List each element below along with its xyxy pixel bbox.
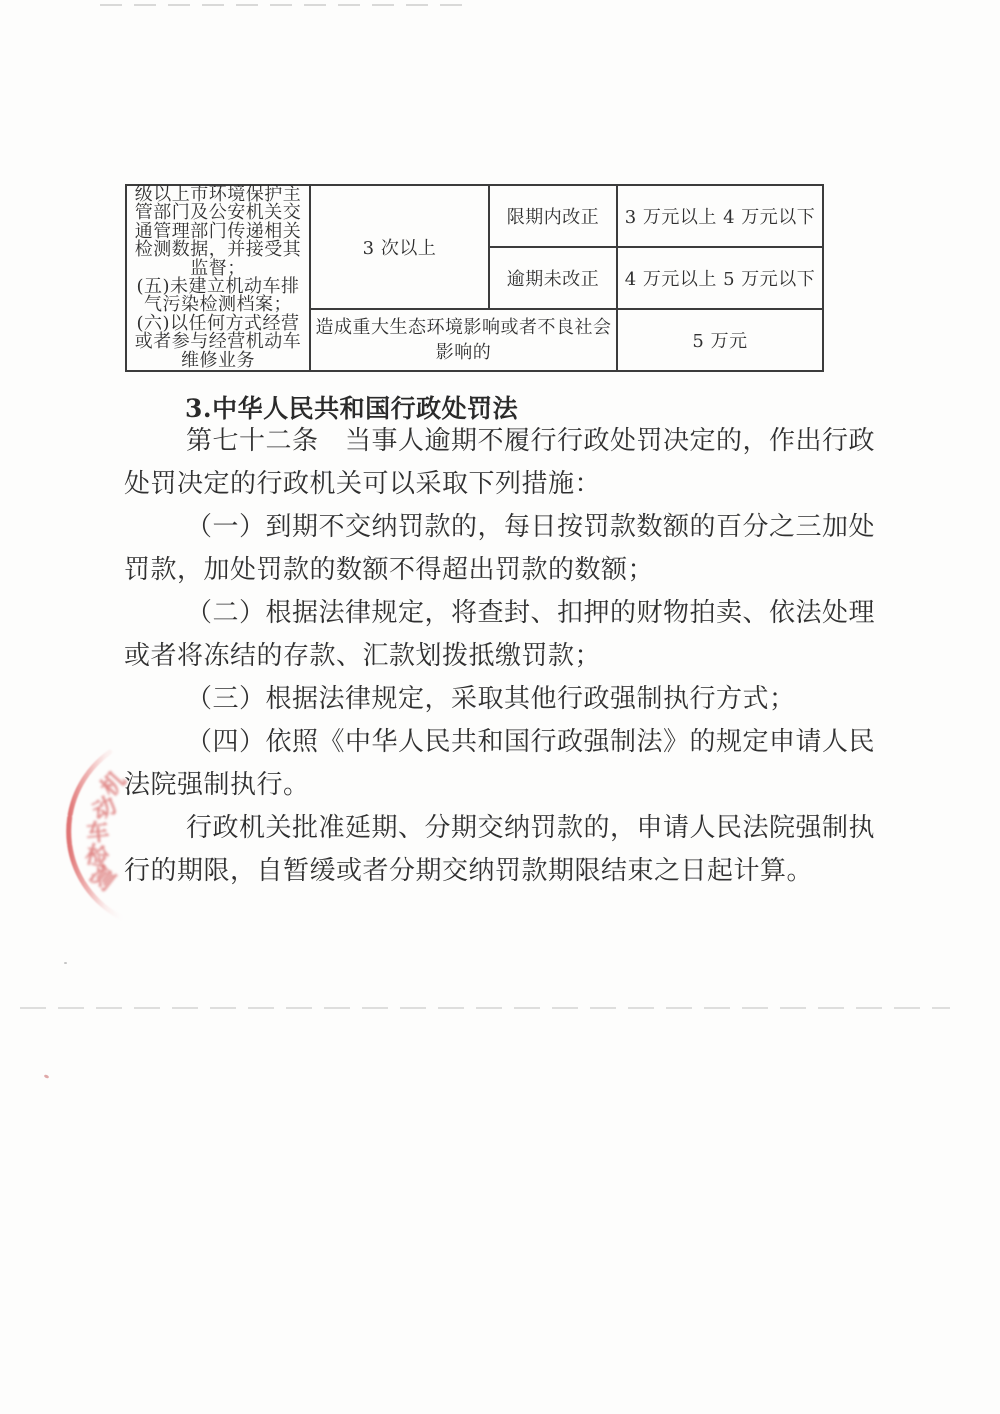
body-line: 罚款，加处罚款的数额不得超出罚款的数额；: [124, 549, 890, 592]
violations-cell: 级以上市环境保护主 管部门及公安机关交 通管理部门传递相关 检测数据，并接受其 …: [126, 185, 310, 371]
penalty-table: 级以上市环境保护主 管部门及公安机关交 通管理部门传递相关 检测数据，并接受其 …: [125, 184, 824, 372]
scan-speck: [64, 962, 67, 964]
fine-amount-cell: 3 万元以上 4 万元以下: [617, 185, 823, 247]
fine-amount-cell: 4 万元以上 5 万元以下: [617, 247, 823, 308]
violation-count-cell: 3 次以上: [310, 185, 489, 309]
body-line: 处罚决定的行政机关可以采取下列措施：: [124, 463, 890, 506]
condition-cell: 逾期未改正: [489, 247, 617, 308]
scan-artifact-line-top: [100, 4, 465, 6]
body-text: 第七十二条 当事人逾期不履行行政处罚决定的，作出行政 处罚决定的行政机关可以采取…: [124, 420, 890, 893]
fine-amount-cell: 5 万元: [617, 309, 823, 371]
body-line: 行政机关批准延期、分期交纳罚款的，申请人民法院强制执: [124, 807, 890, 850]
scan-artifact-line-bottom: [20, 1007, 950, 1009]
body-line: （二）根据法律规定，将查封、扣押的财物拍卖、依法处理: [124, 592, 890, 635]
body-line: 法院强制执行。: [124, 764, 890, 807]
scan-speck: [44, 1074, 50, 1079]
body-line: （四）依照《中华人民共和国行政强制法》的规定申请人民: [124, 721, 890, 764]
body-line: 第七十二条 当事人逾期不履行行政处罚决定的，作出行政: [124, 420, 890, 463]
body-line: 行的期限，自暂缓或者分期交纳罚款期限结束之日起计算。: [124, 850, 890, 893]
body-line: （一）到期不交纳罚款的，每日按罚款数额的百分之三加处: [124, 506, 890, 549]
body-line: 或者将冻结的存款、汇款划拨抵缴罚款；: [124, 635, 890, 678]
condition-cell: 造成重大生态环境影响或者不良社会 影响的: [310, 309, 617, 371]
body-line: （三）根据法律规定，采取其他行政强制执行方式；: [124, 678, 890, 721]
document-page: 级以上市环境保护主 管部门及公安机关交 通管理部门传递相关 检测数据，并接受其 …: [0, 0, 1000, 1414]
condition-cell: 限期内改正: [489, 185, 617, 247]
